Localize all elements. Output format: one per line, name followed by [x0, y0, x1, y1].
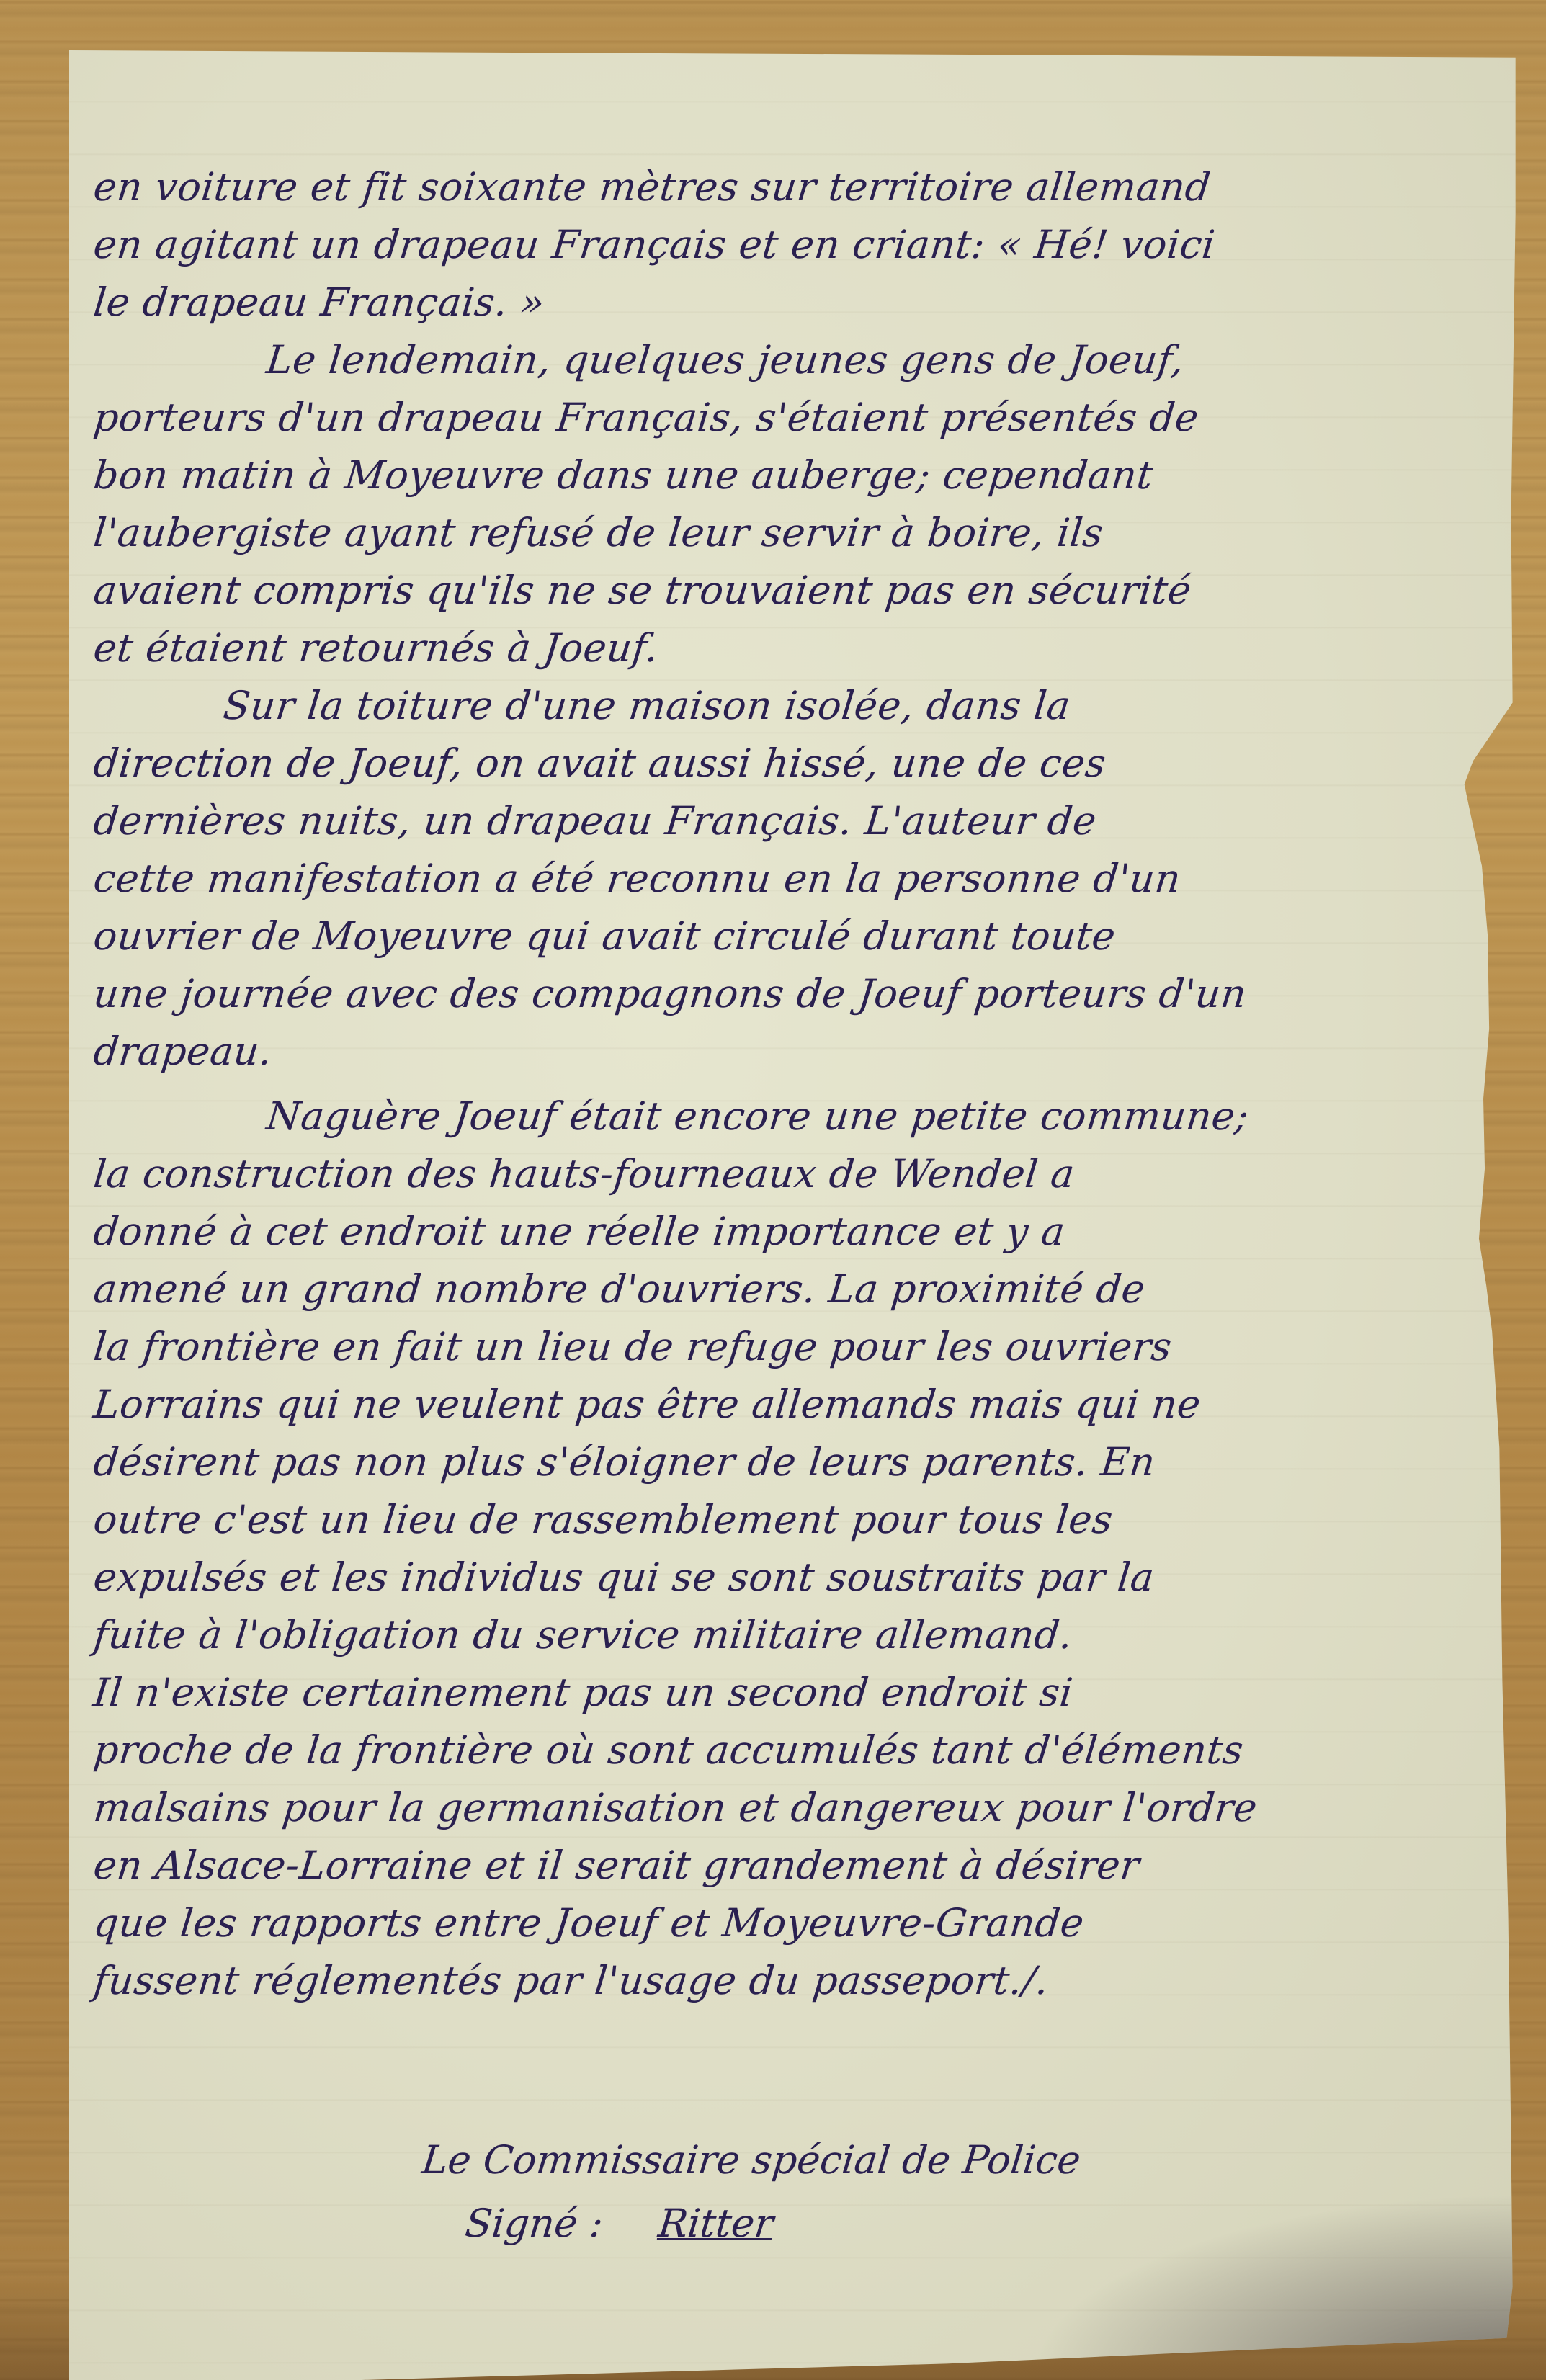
text-line: le drapeau Français. » [91, 274, 1264, 331]
text-line: et étaient retournés à Joeuf. [91, 619, 1264, 677]
text-line: en voiture et fit soixante mètres sur te… [91, 158, 1264, 216]
text-line: donné à cet endroit une réelle importanc… [91, 1203, 1264, 1261]
letter-body: en voiture et fit soixante mètres sur te… [91, 158, 1258, 2010]
text-line: avaient compris qu'ils ne se trouvaient … [91, 562, 1264, 619]
text-line: la construction des hauts-fourneaux de W… [91, 1145, 1264, 1203]
text-line: ouvrier de Moyeuvre qui avait circulé du… [91, 908, 1264, 965]
paragraph-lendemain: Le lendemain, quelques jeunes gens de Jo… [91, 331, 1258, 677]
paragraph-toiture: Sur la toiture d'une maison isolée, dans… [91, 677, 1258, 1081]
signatory-name: Ritter [656, 2201, 776, 2246]
text-line: désirent pas non plus s'éloigner de leur… [91, 1433, 1264, 1491]
text-line: en agitant un drapeau Français et en cri… [91, 216, 1264, 274]
text-line: expulsés et les individus qui se sont so… [91, 1549, 1264, 1606]
signed-label: Signé : [463, 2201, 606, 2246]
text-line: Lorrains qui ne veulent pas être alleman… [91, 1376, 1264, 1433]
text-line: outre c'est un lieu de rassemblement pou… [91, 1491, 1264, 1549]
text-line: fussent réglementés par l'usage du passe… [91, 1952, 1264, 2010]
text-line: Le lendemain, quelques jeunes gens de Jo… [91, 331, 1264, 389]
signed-line: Signé : Ritter [419, 2192, 1083, 2255]
text-line: malsains pour la germanisation et danger… [91, 1779, 1264, 1837]
text-line: fuite à l'obligation du service militair… [91, 1606, 1264, 1664]
paragraph-naguere: Naguère Joeuf était encore une petite co… [91, 1088, 1258, 2010]
text-line: direction de Joeuf, on avait aussi hissé… [91, 735, 1264, 792]
signature-block: Le Commissaire spécial de Police Signé :… [422, 2129, 1081, 2255]
text-line: Sur la toiture d'une maison isolée, dans… [91, 677, 1264, 735]
text-line: amené un grand nombre d'ouvriers. La pro… [91, 1261, 1264, 1318]
text-line: l'aubergiste ayant refusé de leur servir… [91, 504, 1264, 562]
text-line: la frontière en fait un lieu de refuge p… [91, 1318, 1264, 1376]
text-line: une journée avec des compagnons de Joeuf… [91, 965, 1264, 1023]
text-line: proche de la frontière où sont accumulés… [91, 1722, 1264, 1779]
document-page: en voiture et fit soixante mètres sur te… [69, 50, 1532, 2380]
text-line: Il n'existe certainement pas un second e… [91, 1664, 1264, 1722]
text-line: cette manifestation a été reconnu en la … [91, 850, 1264, 908]
text-line: dernières nuits, un drapeau Français. L'… [91, 792, 1264, 850]
text-line: porteurs d'un drapeau Français, s'étaien… [91, 389, 1264, 447]
signatory-title: Le Commissaire spécial de Police [419, 2129, 1083, 2192]
text-line: bon matin à Moyeuvre dans une auberge; c… [91, 447, 1264, 504]
text-line: drapeau. [91, 1023, 1264, 1081]
text-line: que les rapports entre Joeuf et Moyeuvre… [91, 1894, 1264, 1952]
text-line: Naguère Joeuf était encore une petite co… [91, 1088, 1264, 1145]
text-line: en Alsace-Lorraine et il serait grandeme… [91, 1837, 1264, 1894]
paragraph-continuation: en voiture et fit soixante mètres sur te… [91, 158, 1258, 331]
